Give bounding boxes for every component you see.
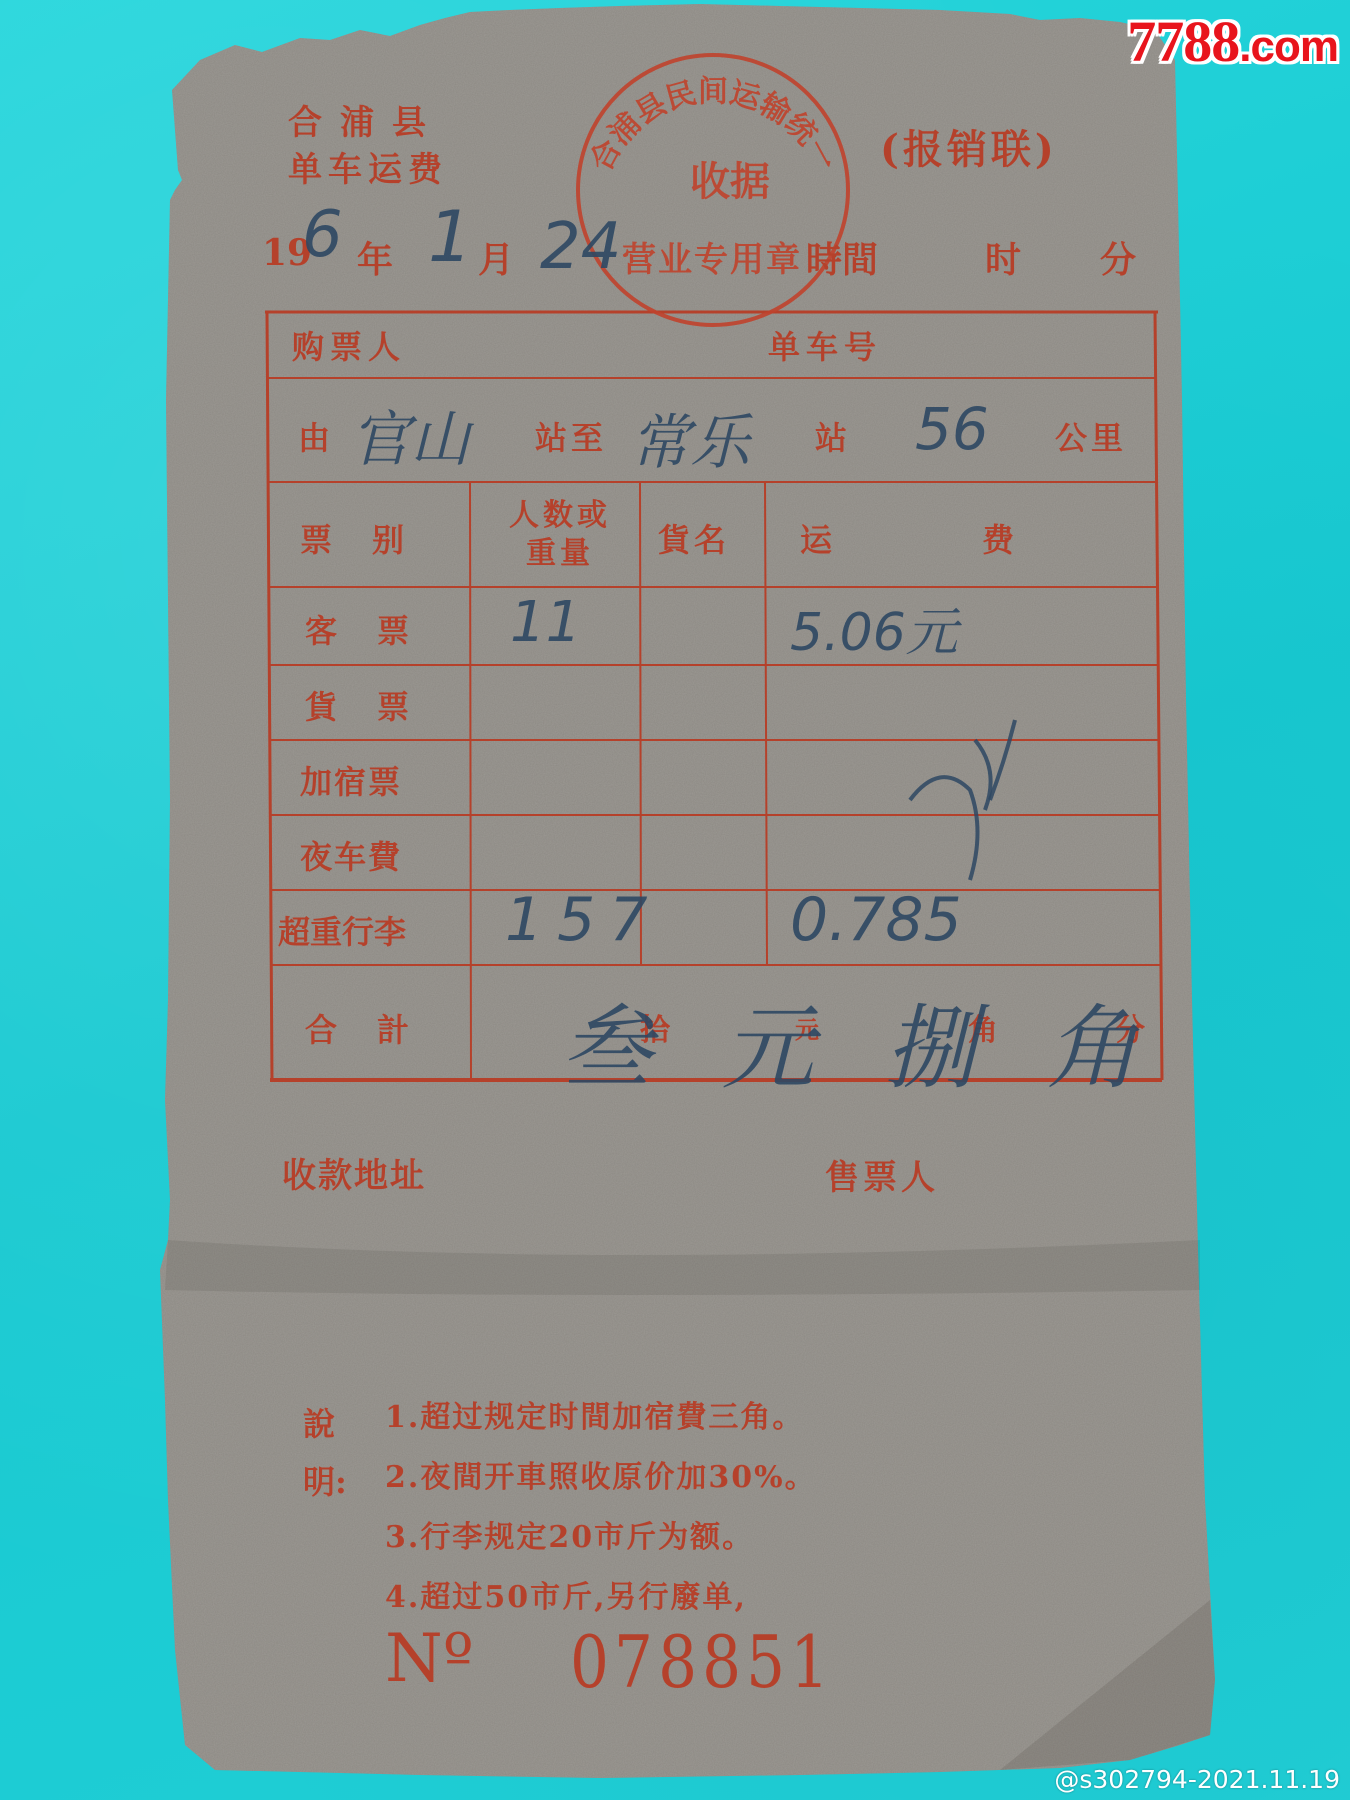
receipt-paper: 合浦县民间运输统一 合浦县 单车运费 (报销联) 收据 营业专用章 19 6 年… <box>0 0 1350 1800</box>
col-header-ticket-type: 票别 <box>300 515 444 561</box>
note-item: 3.行李规定20市斤为额。 <box>385 1512 754 1556</box>
year-handwritten: 6 <box>302 198 343 272</box>
row-type: 客票 <box>305 606 449 652</box>
distance-unit: 公里 <box>1055 413 1127 459</box>
row-qty: 11 <box>510 590 581 655</box>
note-item: 4.超过50市斤,另行廢单, <box>385 1572 747 1616</box>
from-label: 由 <box>298 413 330 459</box>
row-type: 加宿票 <box>300 757 402 803</box>
row-type: 貨票 <box>305 682 449 728</box>
station-label: 站 <box>815 413 847 459</box>
row-type: 夜车費 <box>300 832 402 878</box>
site-watermark-logo: 7788.com <box>1127 8 1338 75</box>
serial-number: 078851 <box>570 1620 834 1704</box>
buyer-label: 购票人 <box>292 322 406 368</box>
time-label-chars: 時間 <box>806 232 878 283</box>
from-station-handwritten: 官山 <box>350 392 470 478</box>
stamp-center-text: 收据 <box>690 150 770 207</box>
distance-handwritten: 56 <box>915 395 989 463</box>
bike-number-label: 单车号 <box>768 322 882 368</box>
station-to-label: 站至 <box>535 413 607 459</box>
serial-prefix: Nº <box>385 1620 474 1697</box>
day-handwritten: 24 <box>540 210 621 284</box>
to-station-handwritten: 常乐 <box>630 395 750 481</box>
note-item: 2.夜間开車照收原价加30%。 <box>385 1452 817 1496</box>
col-header-fare: 运费 <box>800 515 1164 561</box>
seller-label: 售票人 <box>825 1150 939 1199</box>
notes-heading: 說明: <box>303 1395 343 1511</box>
row-type: 超重行李 <box>278 907 406 953</box>
total-label: 合計 <box>305 1005 449 1051</box>
stamp-bottom-text: 营业专用章 <box>622 232 802 281</box>
form-copy-type: (报销联) <box>880 118 1058 175</box>
minute-label: 分 <box>1100 232 1136 283</box>
month-label: 月 <box>478 232 514 283</box>
row-fare: 5.06元 <box>790 590 958 665</box>
service-name: 单车运费 <box>288 142 448 191</box>
col-header-goods: 貨名 <box>658 515 730 561</box>
county-name: 合浦县 <box>288 95 444 144</box>
year-label: 年 <box>357 232 393 283</box>
hour-label: 时 <box>985 232 1021 283</box>
col-header-quantity: 人数或重量 <box>495 497 625 573</box>
address-label: 收款地址 <box>282 1148 426 1197</box>
total-handwritten-amount: 叁元捌角 <box>560 975 1208 1107</box>
row-qty: 157 <box>505 885 662 955</box>
note-item: 1.超过规定时間加宿費三角。 <box>385 1392 804 1436</box>
row-fare: 0.785 <box>790 885 962 955</box>
user-watermark: @s302794-2021.11.19 <box>1054 1765 1340 1794</box>
month-handwritten: 1 <box>428 196 473 278</box>
